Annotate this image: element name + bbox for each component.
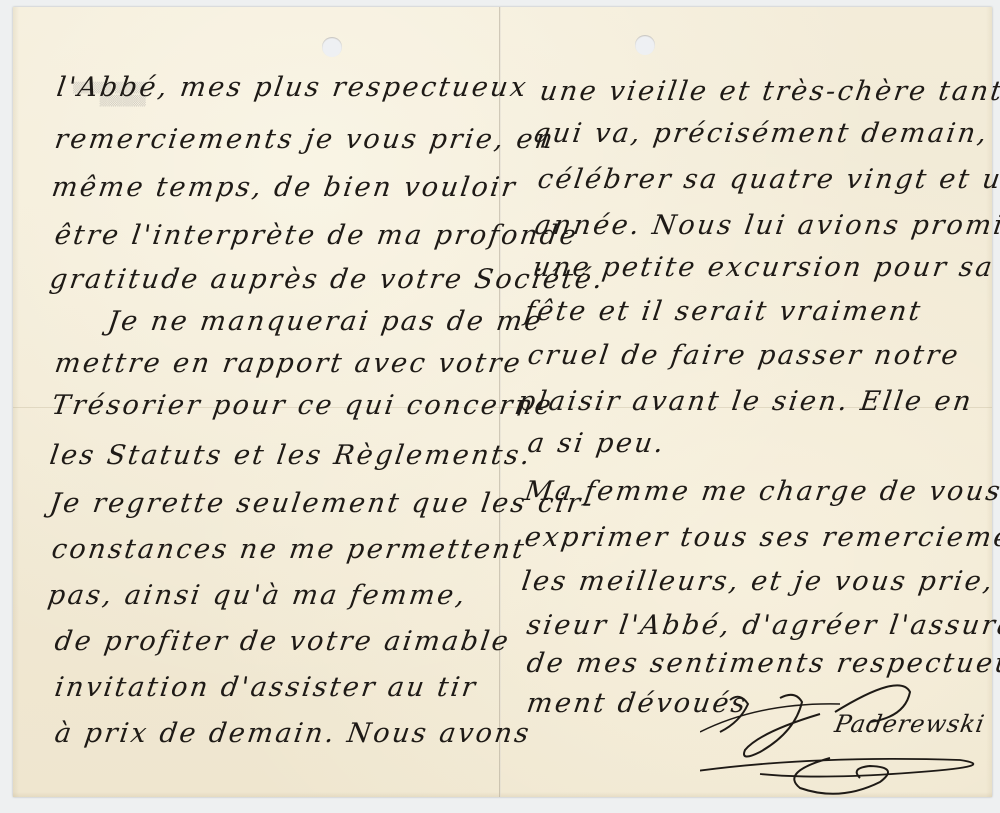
left-line-6: Je ne manquerai pas de me xyxy=(106,306,545,337)
right-line-4: année. Nous lui avions promis xyxy=(533,210,1000,241)
left-line-13: de profiter de votre aimable xyxy=(53,626,513,657)
left-line-8: Trésorier pour ce qui concerne xyxy=(50,390,556,421)
right-line-2: qui va, précisément demain, xyxy=(531,118,991,149)
right-line-8: plaisir avant le sien. Elle en xyxy=(516,386,975,417)
signature-name: Paderewski xyxy=(833,710,988,738)
left-line-10: Je regrette seulement que les cir- xyxy=(48,488,596,519)
punch-hole-right xyxy=(635,35,655,55)
right-line-13: sieur l'Abbé, d'agréer l'assurance xyxy=(525,610,1000,641)
left-line-12: pas, ainsi qu'à ma femme, xyxy=(46,580,469,611)
punch-hole-left xyxy=(322,37,342,57)
left-line-14: invitation d'assister au tir xyxy=(53,672,480,703)
right-line-12: les meilleurs, et je vous prie, Mon- xyxy=(520,566,1000,597)
right-line-1: une vieille et très-chère tante xyxy=(538,76,1000,107)
left-line-11: constances ne me permettent xyxy=(50,534,528,565)
right-line-10: Ma femme me charge de vous xyxy=(523,476,1000,507)
left-line-15: à prix de demain. Nous avons xyxy=(53,718,533,749)
left-line-1: l'Abbé, mes plus respectueux xyxy=(55,72,530,103)
left-line-4: être l'interprète de ma profonde xyxy=(53,220,581,251)
right-line-11: exprimer tous ses remerciements, xyxy=(523,522,1000,553)
left-line-2: remerciements je vous prie, en xyxy=(53,124,557,155)
left-line-3: même temps, de bien vouloir xyxy=(50,172,519,203)
right-line-5: une petite excursion pour sa xyxy=(531,252,997,283)
right-line-3: célébrer sa quatre vingt et unième xyxy=(536,164,1000,195)
right-line-9: a si peu. xyxy=(526,428,668,459)
right-line-7: cruel de faire passer notre xyxy=(526,340,962,371)
left-line-5: gratitude auprès de votre Société. xyxy=(48,264,607,295)
right-line-6: fête et il serait vraiment xyxy=(523,296,925,327)
left-line-7: mettre en rapport avec votre xyxy=(53,348,525,379)
left-line-9: les Statuts et les Règlements. xyxy=(48,440,534,471)
